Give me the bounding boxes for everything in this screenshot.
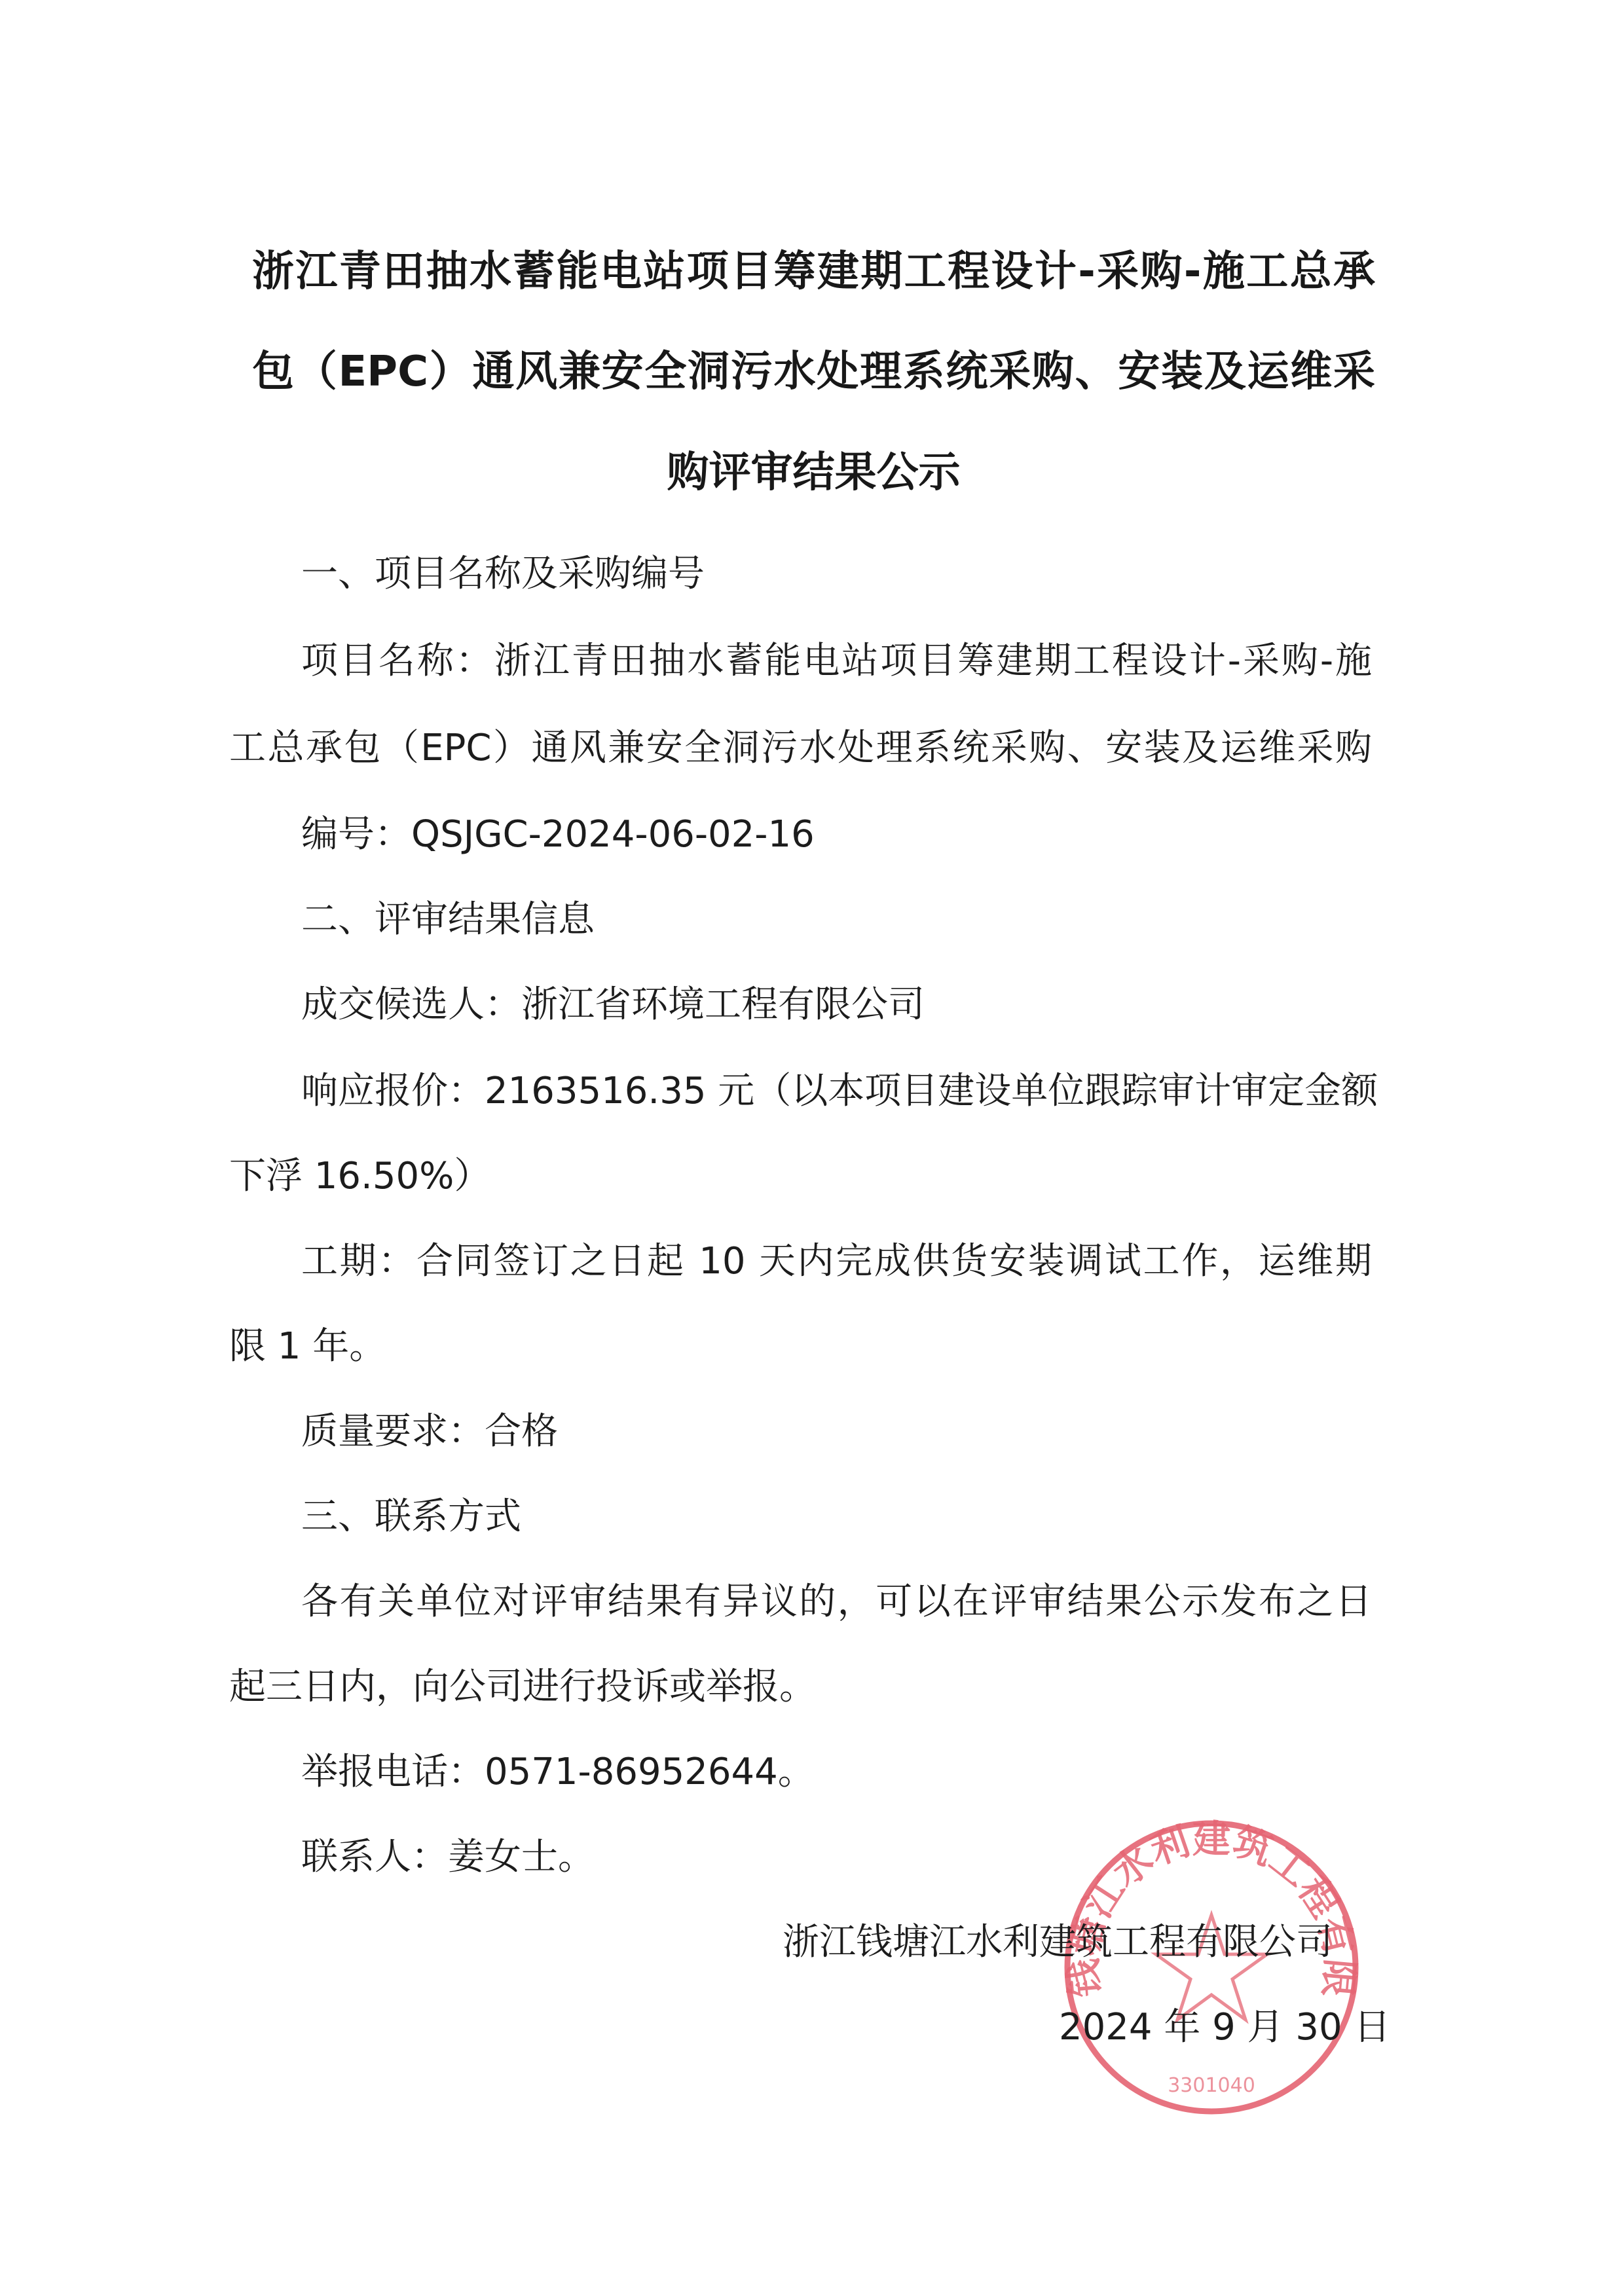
signature-date: 2024 年 9 月 30 日 (1059, 2005, 1390, 2050)
official-seal-icon: 浙江钱塘江水利建筑工程有限公司 3301040 (1061, 1817, 1362, 2118)
svg-text:浙江钱塘江水利建筑工程有限公司: 浙江钱塘江水利建筑工程有限公司 (1061, 1817, 1362, 1999)
project-name-line-2: 工总承包（EPC）通风兼安全洞污水处理系统采购、安装及运维采购 (229, 725, 1372, 771)
winning-candidate: 成交候选人：浙江省环境工程有限公司 (301, 982, 925, 1028)
construction-period-line-2: 限 1 年。 (229, 1324, 386, 1370)
contact-person: 联系人：姜女士。 (301, 1834, 595, 1880)
seal-number: 3301040 (1168, 2074, 1255, 2097)
construction-period-line-1: 工期：合同签订之日起 10 天内完成供货安装调试工作，运维期 (301, 1239, 1372, 1285)
project-name-line-1: 项目名称：浙江青田抽水蓄能电站项目筹建期工程设计-采购-施 (301, 638, 1372, 684)
response-price-line-1: 响应报价：2163516.35 元（以本项目建设单位跟踪审计审定金额 (301, 1068, 1372, 1114)
signature-company: 浙江钱塘江水利建筑工程有限公司 (783, 1920, 1333, 1965)
document-title-line-1: 浙江青田抽水蓄能电站项目筹建期工程设计-采购-施工总承 (252, 246, 1375, 298)
seal-text: 浙江钱塘江水利建筑工程有限公司 (1061, 1817, 1362, 1999)
document-title-line-3: 购评审结果公示 (252, 446, 1375, 499)
response-price-line-2: 下浮 16.50%） (229, 1154, 490, 1199)
objection-notice-line-2: 起三日内，向公司进行投诉或举报。 (229, 1664, 816, 1710)
section-heading-contact: 三、联系方式 (301, 1494, 521, 1540)
section-heading-project: 一、项目名称及采购编号 (301, 551, 705, 597)
document-page: 浙江青田抽水蓄能电站项目筹建期工程设计-采购-施工总承 包（EPC）通风兼安全洞… (0, 0, 1624, 2296)
section-heading-result: 二、评审结果信息 (301, 897, 595, 943)
quality-requirement: 质量要求：合格 (301, 1409, 558, 1455)
document-title-line-2: 包（EPC）通风兼安全洞污水处理系统采购、安装及运维采 (252, 346, 1375, 398)
report-phone: 举报电话：0571-86952644。 (301, 1749, 815, 1795)
objection-notice-line-1: 各有关单位对评审结果有异议的，可以在评审结果公示发布之日 (301, 1579, 1372, 1625)
procurement-code: 编号：QSJGC-2024-06-02-16 (301, 812, 815, 858)
